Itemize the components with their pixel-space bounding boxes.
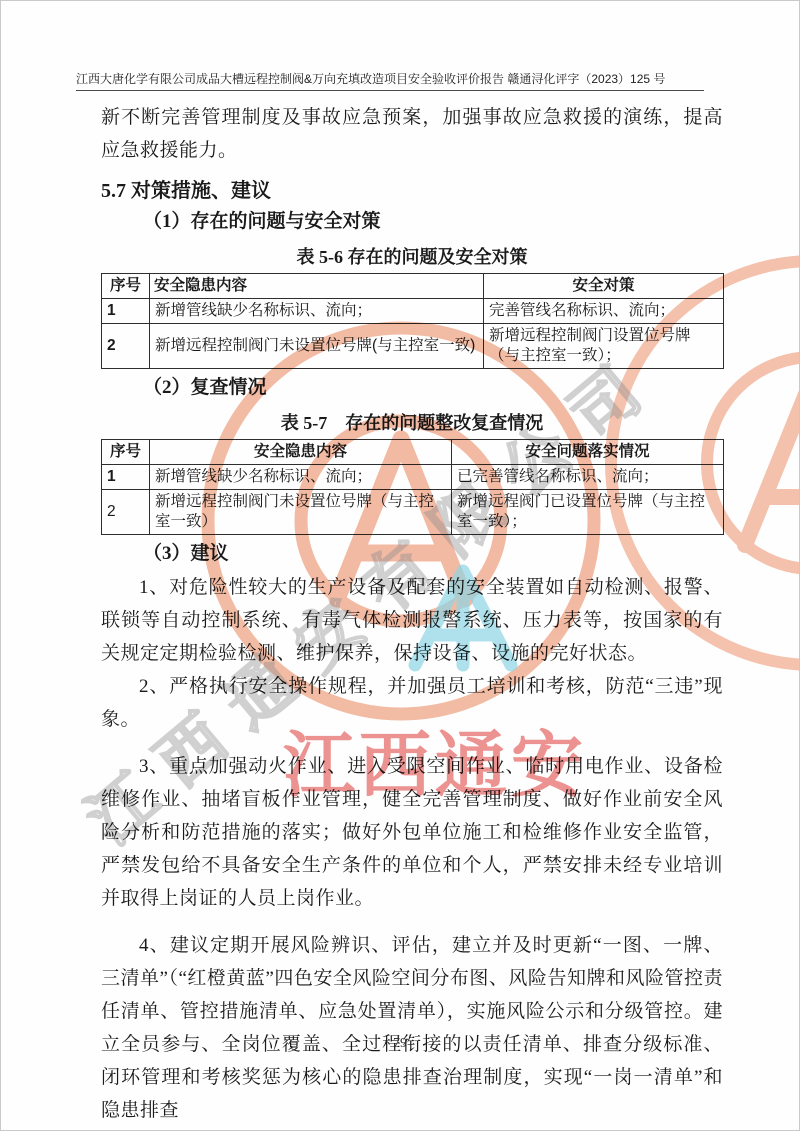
cell-hazard: 新增远程控制阀门未设置位号牌（与主控室一致） <box>150 490 452 535</box>
section-heading-5-7: 5.7 对策措施、建议 <box>101 177 723 205</box>
table-5-6: 序号 安全隐患内容 安全对策 1 新增管线缺少名称标识、流向； 完善管线名称标识… <box>101 273 724 369</box>
cell-implementation: 已完善管线名称标识、流向； <box>452 465 724 490</box>
document-page: 江西大唐化学有限公司成品大槽远程控制阀&万向充填改造项目安全验收评价报告 赣通浔… <box>0 0 800 1131</box>
col-header-implementation: 安全问题落实情况 <box>452 440 724 465</box>
subsection-1-heading: （1）存在的问题与安全对策 <box>101 207 723 237</box>
document-body: 新不断完善管理制度及事故应急预案，加强事故应急救援的演练，提高应急救援能力。 5… <box>101 101 723 1127</box>
cell-index: 1 <box>102 299 150 324</box>
cell-hazard: 新增远程控制阀门未设置位号牌(与主控室一致) <box>150 324 484 369</box>
cell-index: 2 <box>102 490 150 535</box>
cell-index: 1 <box>102 465 150 490</box>
cell-implementation: 新增远程阀门已设置位号牌（与主控室一致）； <box>452 490 724 535</box>
page-number: 79 <box>1 1036 799 1052</box>
col-header-countermeasure: 安全对策 <box>484 274 724 299</box>
subsection-3-heading: （3）建议 <box>101 539 723 569</box>
suggestion-paragraph-2: 2、严格执行安全操作规程，并加强员工培训和考核，防范“三违”现象。 <box>101 670 723 736</box>
table-row: 2 新增远程控制阀门未设置位号牌(与主控室一致) 新增远程控制阀门设置位号牌（与… <box>102 324 724 369</box>
table-5-6-caption: 表 5-6 存在的问题及安全对策 <box>101 245 723 269</box>
table-row: 1 新增管线缺少名称标识、流向； 已完善管线名称标识、流向； <box>102 465 724 490</box>
suggestion-paragraph-3: 3、重点加强动火作业、进入受限空间作业、临时用电作业、设备检维修作业、抽堵盲板作… <box>101 750 723 915</box>
table-header-row: 序号 安全隐患内容 安全对策 <box>102 274 724 299</box>
subsection-2-heading: （2）复查情况 <box>101 373 723 403</box>
cell-countermeasure: 完善管线名称标识、流向； <box>484 299 724 324</box>
document-header-title: 江西大唐化学有限公司成品大槽远程控制阀&万向充填改造项目安全验收评价报告 赣通浔… <box>76 71 704 91</box>
table-5-7: 序号 安全隐患内容 安全问题落实情况 1 新增管线缺少名称标识、流向； 已完善管… <box>101 439 724 535</box>
col-header-index: 序号 <box>102 440 150 465</box>
cell-index: 2 <box>102 324 150 369</box>
table-row: 2 新增远程控制阀门未设置位号牌（与主控室一致） 新增远程阀门已设置位号牌（与主… <box>102 490 724 535</box>
cell-hazard: 新增管线缺少名称标识、流向； <box>150 465 452 490</box>
col-header-index: 序号 <box>102 274 150 299</box>
cell-countermeasure: 新增远程控制阀门设置位号牌（与主控室一致）； <box>484 324 724 369</box>
col-header-hazard: 安全隐患内容 <box>150 274 484 299</box>
suggestion-paragraph-1: 1、对危险性较大的生产设备及配套的安全装置如自动检测、报警、联锁等自动控制系统、… <box>101 571 723 670</box>
table-row: 1 新增管线缺少名称标识、流向； 完善管线名称标识、流向； <box>102 299 724 324</box>
col-header-hazard: 安全隐患内容 <box>150 440 452 465</box>
cell-hazard: 新增管线缺少名称标识、流向； <box>150 299 484 324</box>
table-5-7-caption: 表 5-7 存在的问题整改复查情况 <box>101 411 723 435</box>
intro-paragraph: 新不断完善管理制度及事故应急预案，加强事故应急救援的演练，提高应急救援能力。 <box>101 101 723 167</box>
suggestion-paragraph-4: 4、建议定期开展风险辨识、评估，建立并及时更新“一图、一牌、三清单”（“红橙黄蓝… <box>101 929 723 1127</box>
table-header-row: 序号 安全隐患内容 安全问题落实情况 <box>102 440 724 465</box>
